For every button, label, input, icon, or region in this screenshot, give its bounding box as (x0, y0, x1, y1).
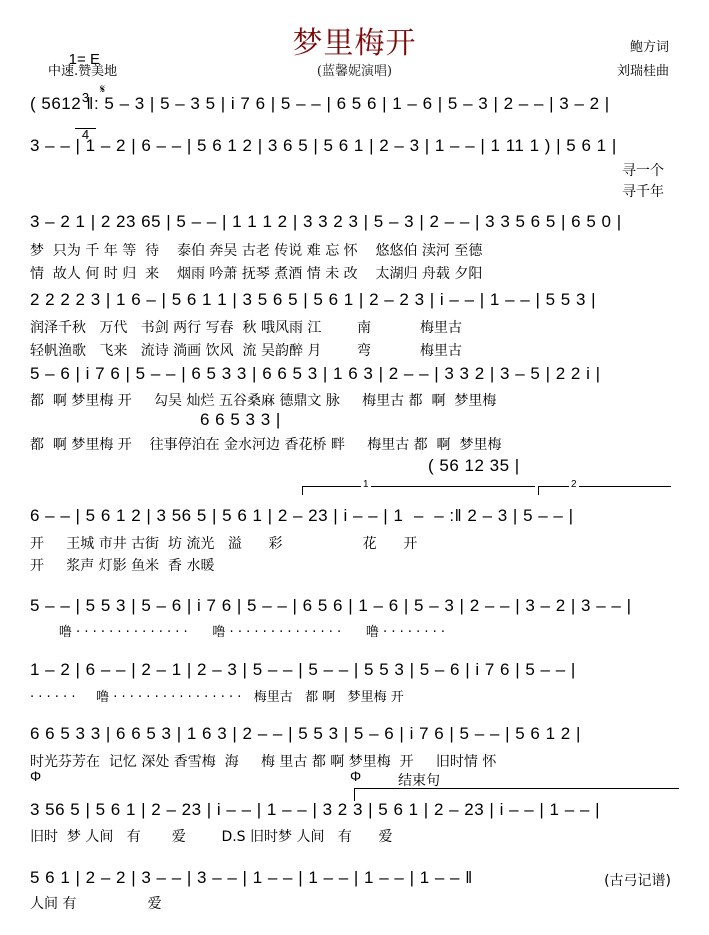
volta-bracket-2: 2 (538, 486, 671, 495)
score-row-1-notes: ( 5612 ‖: 5 – 3 | 5 – 3 5 | i 7 6 | 5 – … (30, 94, 610, 114)
coda-icon: Φ (350, 768, 361, 784)
score-row-8-notes: 1 – 2 | 6 – – | 2 – 1 | 2 – 3 | 5 – – | … (30, 660, 576, 680)
song-title: 梦里梅开 (0, 18, 709, 62)
volta-bracket-1: 1 (302, 486, 535, 495)
score-row-6-notes: 6 – – | 5 6 1 2 | 3 56 5 | 5 6 1 | 2 – 2… (30, 506, 574, 526)
score-row-10-lyric-1: 旧时 梦 人间 有 爱 D.S 旧时梦 人间 有 爱 (30, 826, 393, 846)
score-row-10-notes: 3 56 5 | 5 6 1 | 2 – 23 | i – – | 1 – – … (30, 800, 600, 820)
score-row-3-lyric-1: 梦 只为 千 年 等 待 泰伯 奔吴 古老 传说 难 忘 怀 悠悠伯 渎河 至德 (30, 240, 482, 260)
score-row-5-alt-notes: 6 6 5 3 3 | (200, 410, 281, 430)
score-row-11-notes: 5 6 1 | 2 – 2 | 3 – – | 3 – – | 1 – – | … (30, 868, 473, 888)
score-row-6-lyric-1: 开 王城 市井 古街 坊 流光 溢 彩 花 开 (30, 533, 417, 553)
score-row-5-lyric-1: 都 啊 梦里梅 开 勾吴 灿烂 五谷桑麻 德鼎文 脉 梅里古 都 啊 梦里梅 (30, 390, 496, 410)
score-row-3-lyric-2: 情 故人 何 时 归 来 烟雨 吟萧 抚琴 煮酒 情 未 改 太湖归 舟载 夕阳 (30, 263, 482, 283)
ending-phrase-label: 结束句 (398, 770, 440, 790)
score-row-4-notes: 2 2 2 2 3 | 1 6 – | 5 6 1 1 | 3 5 6 5 | … (30, 290, 596, 310)
score-row-8-lyric-1: · · · · · · 噜 · · · · · · · · · · · · · … (30, 686, 404, 705)
score-row-7-notes: 5 – – | 5 5 3 | 5 – 6 | i 7 6 | 5 – – | … (30, 596, 632, 616)
score-row-4-lyric-1: 润泽千秋 万代 书剑 两行 写春 秋 哦风雨 江 南 梅里古 (30, 317, 462, 337)
transcriber-note: (古弓记谱) (604, 870, 671, 890)
score-row-3-notes: 3 – 2 1 | 2 23 65 | 5 – – | 1 1 1 2 | 3 … (30, 212, 622, 232)
coda-icon: Φ (30, 768, 41, 784)
score-row-5-notes: 5 – 6 | i 7 6 | 5 – – | 6 5 3 3 | 6 6 5 … (30, 364, 601, 384)
composer-credit: 刘瑞桂曲 (617, 60, 669, 79)
score-row-4-lyric-2: 轻帆渔歌 飞来 流诗 淌画 饮风 流 吴韵醉 月 弯 梅里古 (30, 340, 462, 360)
score-row-2-notes: 3 – – | 1 – 2 | 6 – – | 5 6 1 2 | 3 6 5 … (30, 136, 617, 156)
score-row-11-lyric-1: 人间 有 爱 (30, 893, 162, 913)
score-row-2-lyric-1: 寻一个 (622, 160, 664, 180)
score-row-9-lyric-1: 时光芬芳在 记忆 深处 香雪梅 海 梅 里古 都 啊 梦里梅 开 旧时情 怀 (30, 751, 496, 771)
score-row-7-lyric-1: 噜 · · · · · · · · · · · · · · 噜 · · · · … (30, 621, 445, 640)
score-row-2-lyric-2: 寻千年 (622, 181, 664, 201)
lyricist-credit: 鲍方词 (630, 36, 669, 55)
score-row-5-interlude-notes: ( 56 12 35 | (428, 456, 520, 476)
tempo-marking: 中速.赞美地 (48, 60, 117, 79)
score-row-5-lyric-2: 都 啊 梦里梅 开 往事停泊在 金水河边 香花桥 畔 梅里古 都 啊 梦里梅 (30, 434, 501, 454)
score-row-9-notes: 6 6 5 3 3 | 6 6 5 3 | 1 6 3 | 2 – – | 5 … (30, 724, 581, 744)
score-row-6-lyric-2: 开 浆声 灯影 鱼米 香 水暖 (30, 555, 215, 575)
